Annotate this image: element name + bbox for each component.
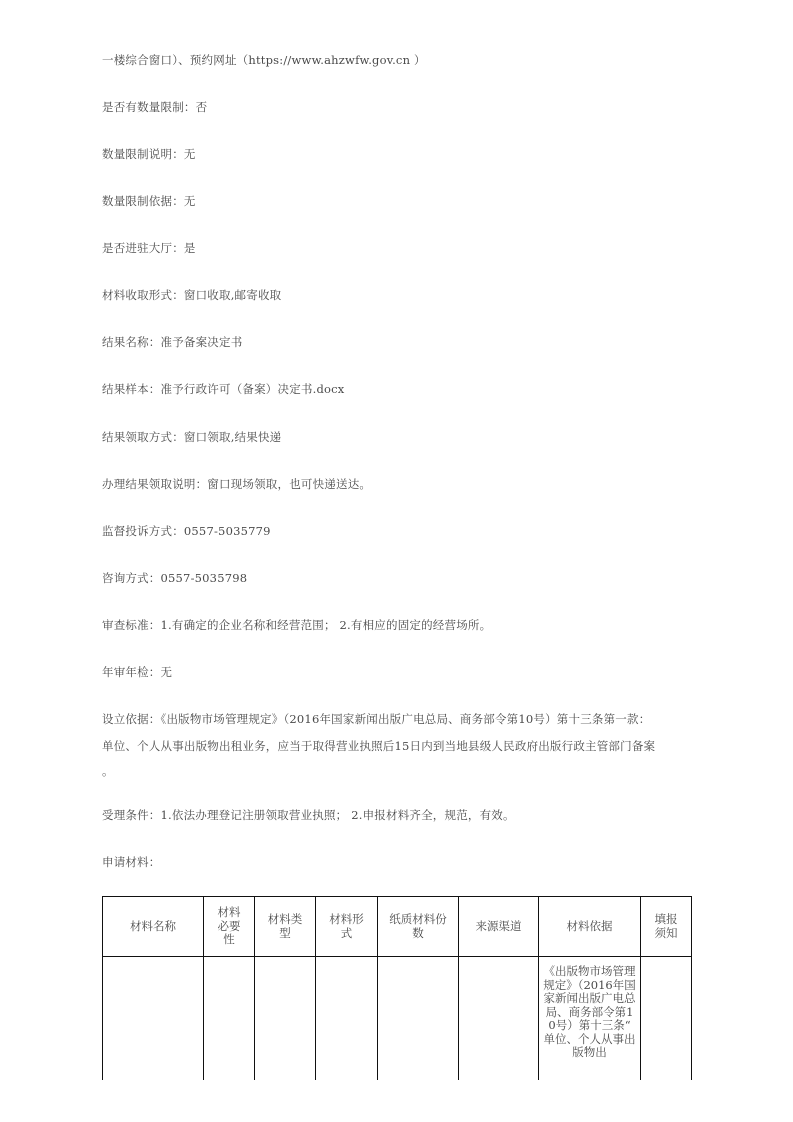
header-material-basis: 材料依据: [539, 897, 641, 957]
header-material-necessity: 材料必要性: [204, 897, 255, 957]
document-line: 申请材料：: [102, 855, 161, 869]
document-line: 审查标准：1.有确定的企业名称和经营范围； 2.有相应的固定的经营场所。: [102, 618, 491, 632]
document-line: 。: [102, 764, 114, 778]
cell-paper-copies: [378, 957, 459, 1081]
document-line: 结果名称：准予备案决定书: [102, 335, 242, 349]
header-paper-copies: 纸质材料份数: [378, 897, 459, 957]
cell-material-necessity: [204, 957, 255, 1081]
document-line: 结果样本：准予行政许可（备案）决定书.docx: [102, 382, 344, 396]
document-line: 是否有数量限制：否: [102, 100, 207, 114]
document-line: 结果领取方式：窗口领取,结果快递: [102, 430, 281, 444]
header-filling-notes: 填报须知: [641, 897, 692, 957]
document-line: 单位、个人从事出版物出租业务，应当于取得营业执照后15日内到当地县级人民政府出版…: [102, 739, 655, 753]
cell-material-basis: 《出版物市场管理规定》（2016年国家新闻出版广电总局、商务部令第10号）第十三…: [539, 957, 641, 1081]
document-line: 是否进驻大厅：是: [102, 241, 196, 255]
document-line: 材料收取形式：窗口收取,邮寄收取: [102, 288, 281, 302]
document-line: 年审年检：无: [102, 665, 172, 679]
table-row: 《出版物市场管理规定》（2016年国家新闻出版广电总局、商务部令第10号）第十三…: [103, 957, 692, 1081]
document-line: 一楼综合窗口）、预约网址（https://www.ahzwfw.gov.cn ）: [102, 53, 426, 67]
cell-material-type: [255, 957, 316, 1081]
header-material-type: 材料类型: [255, 897, 316, 957]
document-line: 数量限制说明：无: [102, 147, 196, 161]
document-line: 受理条件：1.依法办理登记注册领取营业执照； 2.申报材料齐全，规范，有效。: [102, 808, 515, 822]
document-line: 设立依据：《出版物市场管理规定》（2016年国家新闻出版广电总局、商务部令第10…: [102, 712, 650, 726]
cell-material-name: [103, 957, 204, 1081]
document-line: 办理结果领取说明：窗口现场领取，也可快递送达。: [102, 477, 371, 491]
cell-source-channel: [459, 957, 539, 1081]
cell-material-form: [316, 957, 378, 1081]
document-line: 监督投诉方式：0557-5035779: [102, 524, 271, 538]
table-header-row: 材料名称 材料必要性 材料类型 材料形式 纸质材料份数 来源渠道 材料依据 填报…: [103, 897, 692, 957]
header-material-form: 材料形式: [316, 897, 378, 957]
document-line: 数量限制依据：无: [102, 194, 196, 208]
document-line: 咨询方式：0557-5035798: [102, 571, 247, 585]
application-materials-table: 材料名称 材料必要性 材料类型 材料形式 纸质材料份数 来源渠道 材料依据 填报…: [102, 896, 692, 1080]
cell-filling-notes: [641, 957, 692, 1081]
header-source-channel: 来源渠道: [459, 897, 539, 957]
header-material-name: 材料名称: [103, 897, 204, 957]
